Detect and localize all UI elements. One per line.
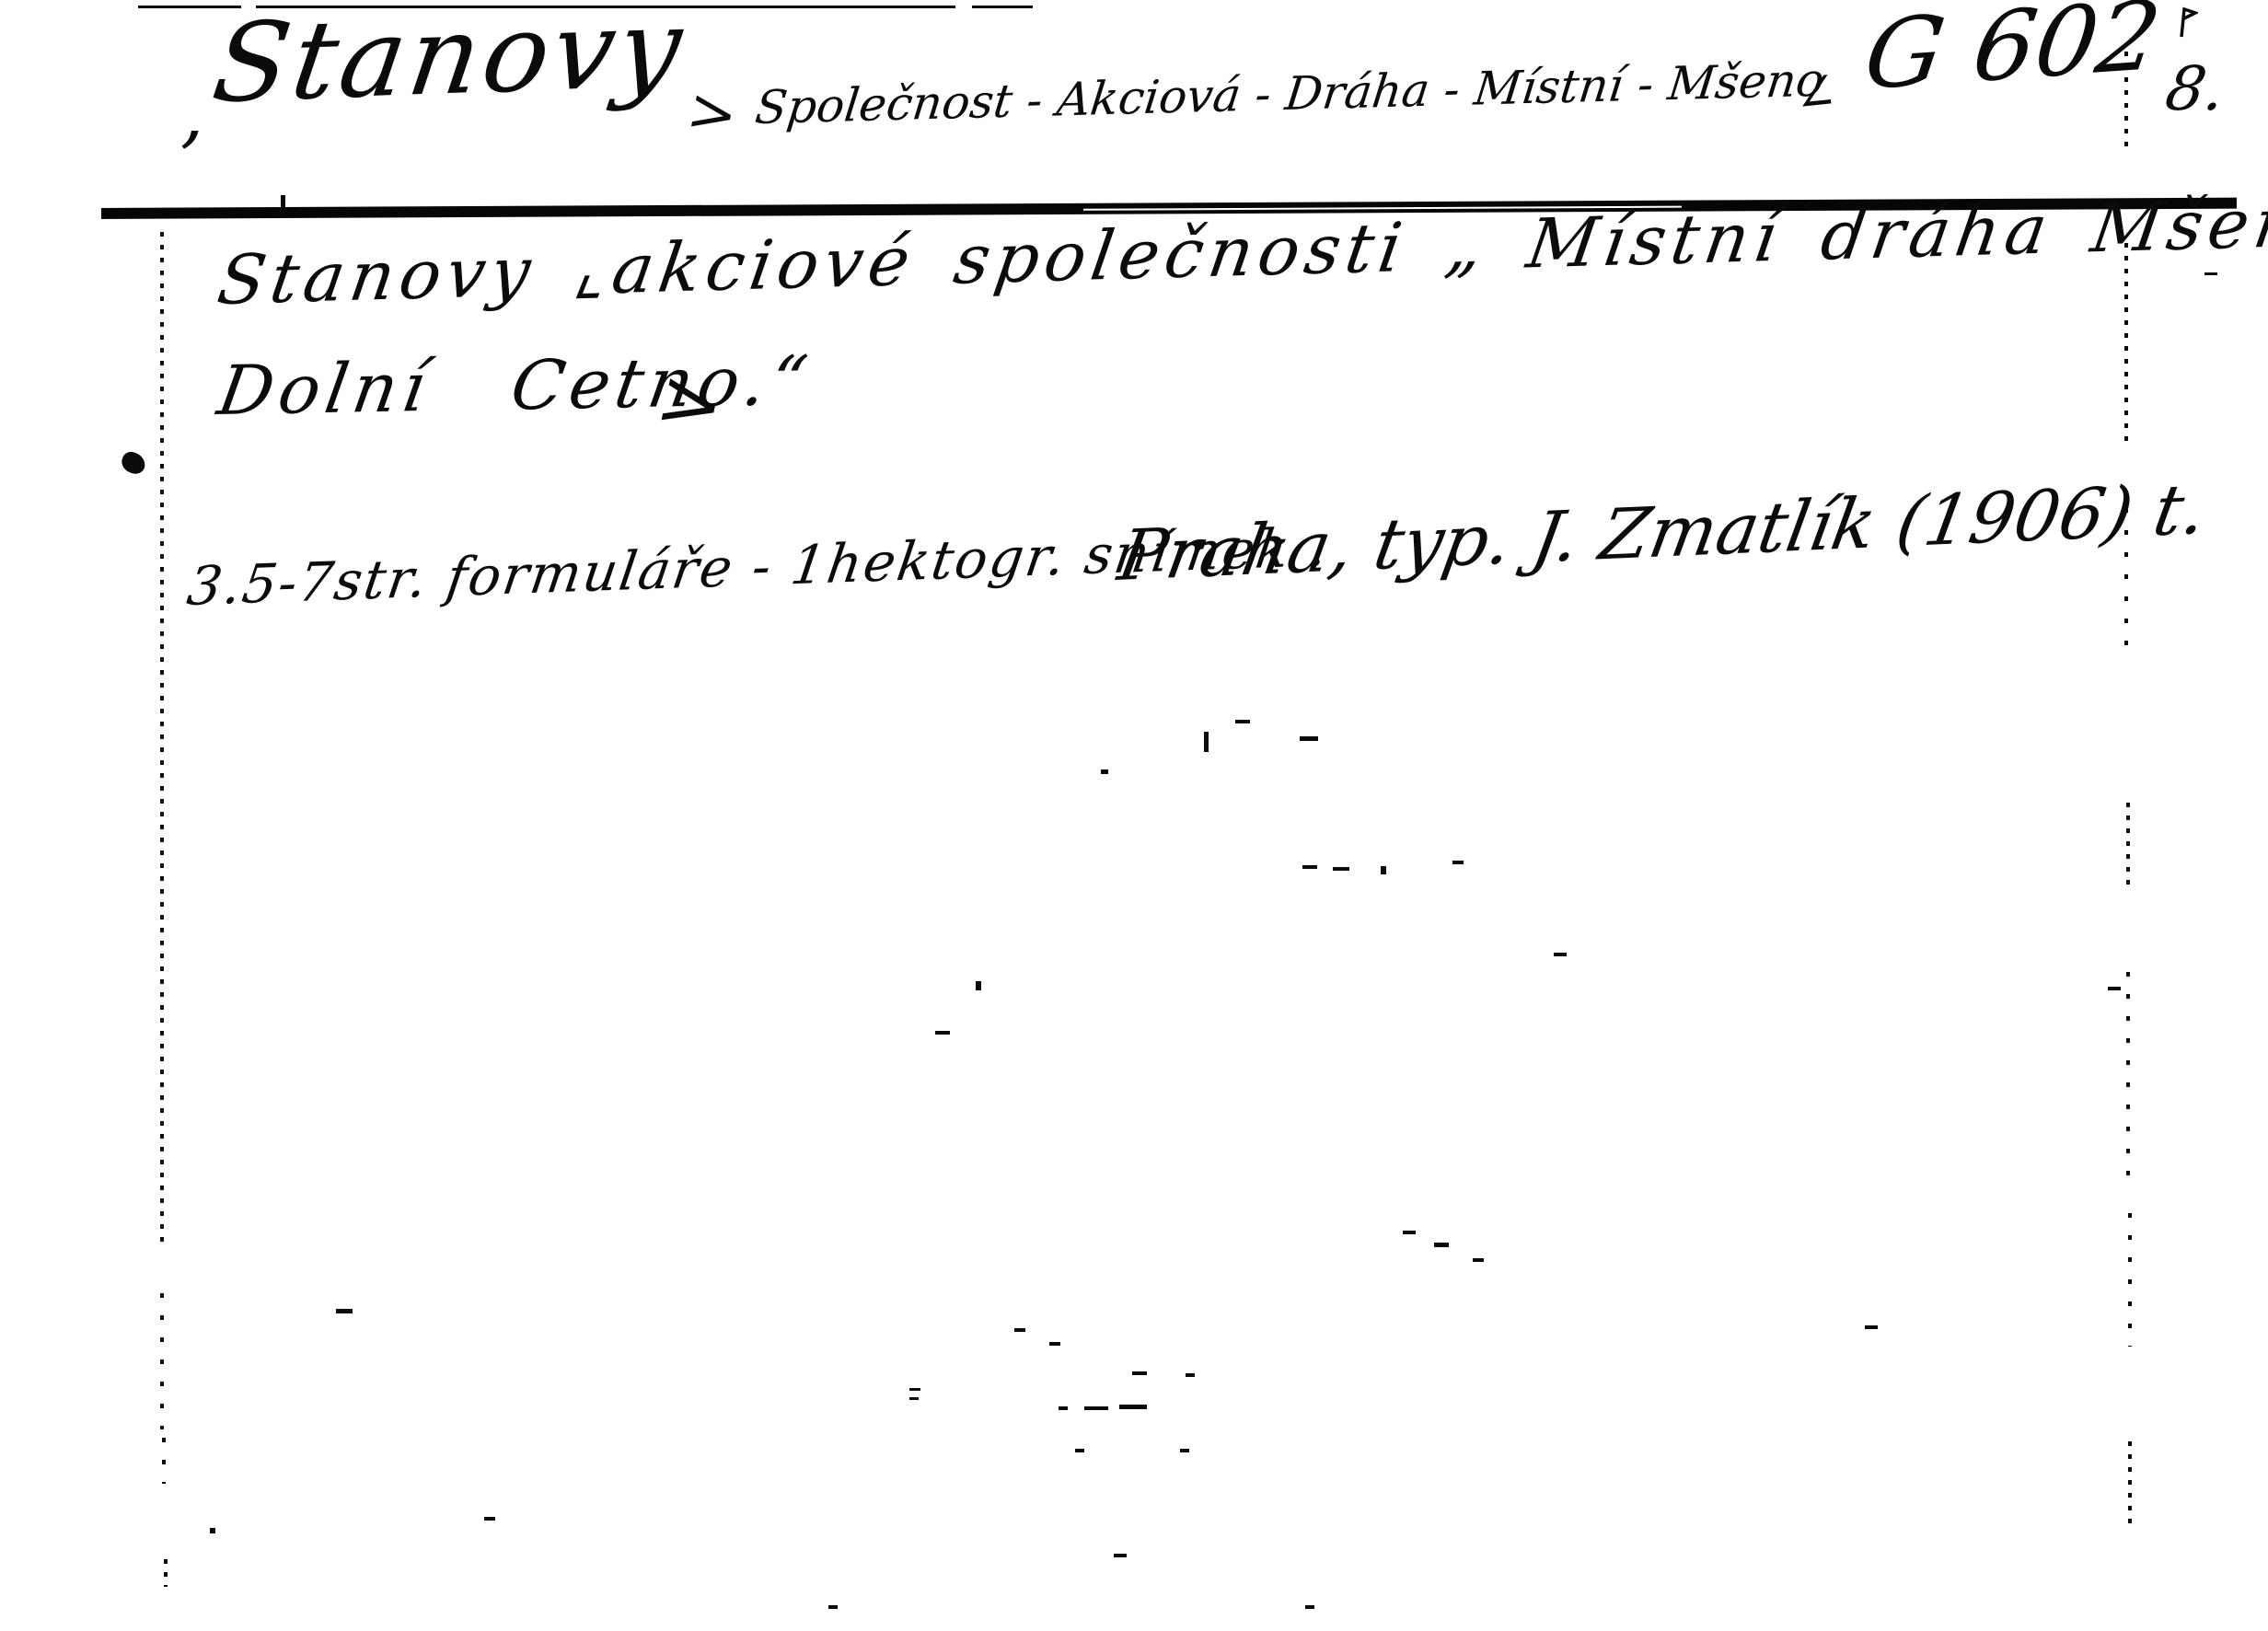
noise-speck [1333, 867, 1349, 871]
noise-speck [2204, 272, 2217, 275]
right-margin-dotted-line [2124, 243, 2128, 445]
noise-speck [1381, 866, 1386, 874]
heading-caret-mark: > [683, 80, 742, 146]
noise-speck [1300, 736, 1318, 741]
noise-speck [1186, 1373, 1195, 1377]
noise-speck [1403, 1231, 1416, 1234]
right-margin-dotted-line [2126, 803, 2130, 885]
noise-speck [1132, 1371, 1147, 1375]
noise-speck [909, 1397, 919, 1400]
right-margin-dotted-line [2128, 1441, 2132, 1526]
noise-speck [1865, 1325, 1878, 1329]
catalog-card-scan: , Stanovy > Společnost - Akciová - Dráha… [0, 0, 2268, 1631]
noise-speck [909, 1388, 920, 1391]
noise-speck [1204, 732, 1209, 752]
left-margin-dotted-line [160, 232, 164, 1244]
imprint-line: Praha, typ. J. Zmatlík (1906) t. [1114, 474, 2211, 591]
left-margin-dotted-line [162, 1438, 166, 1484]
noise-speck [1075, 1449, 1084, 1452]
call-number: G 602 [1859, 0, 2166, 103]
noise-speck [1180, 1449, 1189, 1452]
noise-speck [1235, 720, 1250, 723]
subject-heading: Stanovy [207, 0, 691, 118]
noise-speck [1302, 865, 1317, 869]
right-margin-dotted-line [2126, 972, 2130, 1193]
noise-speck [210, 1528, 215, 1533]
noise-speck [484, 1517, 495, 1521]
right-margin-dotted-line [2124, 52, 2128, 147]
left-margin-dotted-line [164, 1559, 168, 1587]
noise-speck [1305, 1605, 1314, 1609]
noise-speck [2108, 987, 2121, 990]
noise-speck [935, 1031, 950, 1035]
noise-speck [281, 195, 285, 208]
noise-speck [1049, 1342, 1060, 1346]
noise-speck [1452, 861, 1464, 864]
call-number-mark: ∠ [1791, 65, 1840, 121]
tracing-line: Společnost - Akciová - Dráha - Místní - … [753, 57, 1827, 131]
noise-speck [1434, 1243, 1449, 1247]
noise-speck [336, 1309, 353, 1313]
noise-speck [119, 449, 149, 478]
noise-speck [976, 981, 981, 990]
heading-leading-comma-mark: , [180, 77, 203, 151]
format-number: 8. [2161, 59, 2230, 120]
left-margin-dotted-line [160, 1293, 164, 1429]
noise-speck [1101, 769, 1108, 774]
noise-speck [1014, 1328, 1025, 1332]
noise-speck [1473, 1258, 1484, 1262]
noise-speck [1119, 1405, 1147, 1409]
stray-pen-flag-mark [2178, 6, 2198, 44]
noise-speck [828, 1605, 838, 1609]
noise-speck [1114, 1554, 1127, 1557]
right-margin-dotted-line [2128, 1213, 2132, 1347]
noise-speck [1084, 1406, 1108, 1410]
noise-speck [1059, 1406, 1068, 1410]
top-edge-line-segment [972, 6, 1033, 8]
noise-speck [1554, 953, 1567, 956]
